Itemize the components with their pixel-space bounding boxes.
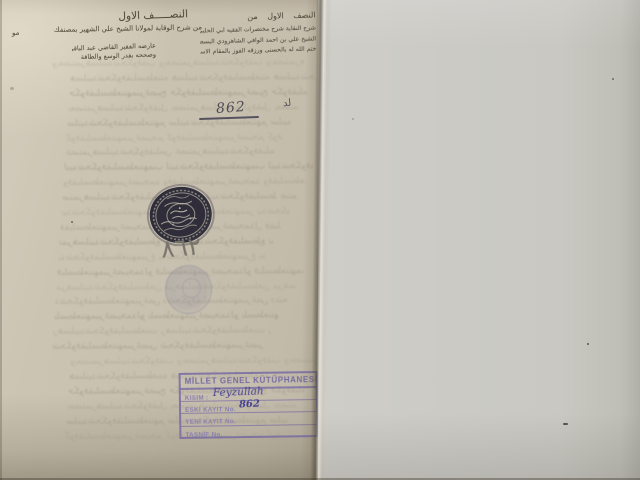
annotation-topcenter-block: النصف الاول من شرح النقاية شرح مختصرات ا… bbox=[199, 10, 316, 58]
pencil-side-mark: لد bbox=[282, 98, 291, 110]
arabic-catalog-number: ٨٦٢ bbox=[160, 231, 203, 263]
stamp-value-kisim: Feyzullah bbox=[213, 386, 264, 399]
faint-stamp-inner-ring bbox=[182, 278, 201, 298]
left-page: وبعصتمرهسلنيدشحكوفقب وبعصتمرهسلنيدشحكوفق… bbox=[0, 0, 318, 480]
annotation-topcenter-line1: النصف الاول من bbox=[199, 10, 315, 22]
bleedthrough-line: شحكوفقبلسطعنتهمبرغصي شحكوفقبلسطعنتهمبرغص… bbox=[52, 339, 263, 352]
annotation-topleft-side-mark: مو bbox=[12, 29, 19, 37]
right-page bbox=[318, 0, 640, 480]
stamp-row-tasnif: TASNİF No. bbox=[181, 425, 316, 438]
scan-left-edge bbox=[0, 0, 2, 480]
manuscript-scan: وبعصتمرهسلنيدشحكوفقب وبعصتمرهسلنيدشحكوفق… bbox=[0, 0, 640, 480]
bleedthrough-line: بلسطعنتهمبرغصيحمدلو بلسطعنتهمبرغصيحمدلو … bbox=[54, 310, 279, 324]
stamp-label-kisim: KISIM : bbox=[185, 395, 209, 402]
pencil-catalog-number: 862 bbox=[215, 99, 246, 117]
paper-speck bbox=[352, 118, 354, 120]
faint-round-stamp-icon bbox=[165, 265, 212, 314]
library-stamp: MİLLET GENEL KÜTÜPHANESİ KISIM : Feyzull… bbox=[179, 371, 319, 439]
paper-speck bbox=[10, 87, 14, 90]
bleedthrough-line: وبعصتمرهسلنيدشحكوفقب وبعصتمرهسلنيدشحكوفق… bbox=[70, 354, 318, 368]
stamp-value-eski-kayit: 862 bbox=[239, 399, 260, 411]
stamp-label-tasnif: TASNİF No. bbox=[185, 431, 222, 439]
paper-speck bbox=[587, 343, 589, 345]
bleedthrough-line: لنيدشحكوفقبلسطعنتهمب لنيدشحكوفقبلسطعنتهم… bbox=[64, 160, 313, 174]
bleedthrough-line: حكوفقبلسطعنتهمبرغصيح حكوفقبلسطعنتهمبرغصي… bbox=[69, 86, 307, 100]
bleedthrough-line: كوفقبلسطعنتهمبرغصيحم كوفقبلسطعنتهمبرغصيح… bbox=[66, 131, 283, 145]
paper-speck bbox=[612, 78, 614, 80]
bleedthrough-line: عصتمرهسلنيدشحكوفقبلس عصتمرهسلنيدشحكوفقبل… bbox=[65, 146, 275, 159]
paper-speck bbox=[563, 423, 568, 425]
bleedthrough-line: سلنيدشحكوفقبلسطعنتهم سلنيدشحكوفقبلسطعنته… bbox=[67, 116, 291, 130]
bleedthrough-line: هسلنيدشحكوفقبلسطعنته هسلنيدشحكوفقبلسطعنت… bbox=[70, 71, 315, 85]
bleedthrough-line: رهسلنيدشحكوفقبلسطعنت رهسلنيدشحكوفقبلسطعن… bbox=[53, 324, 271, 338]
bleedthrough-line: بعصتمرهسلنيدشحكوفقبل بعصتمرهسلنيدشحكوفقب… bbox=[68, 101, 299, 115]
paper-speck bbox=[71, 221, 73, 223]
